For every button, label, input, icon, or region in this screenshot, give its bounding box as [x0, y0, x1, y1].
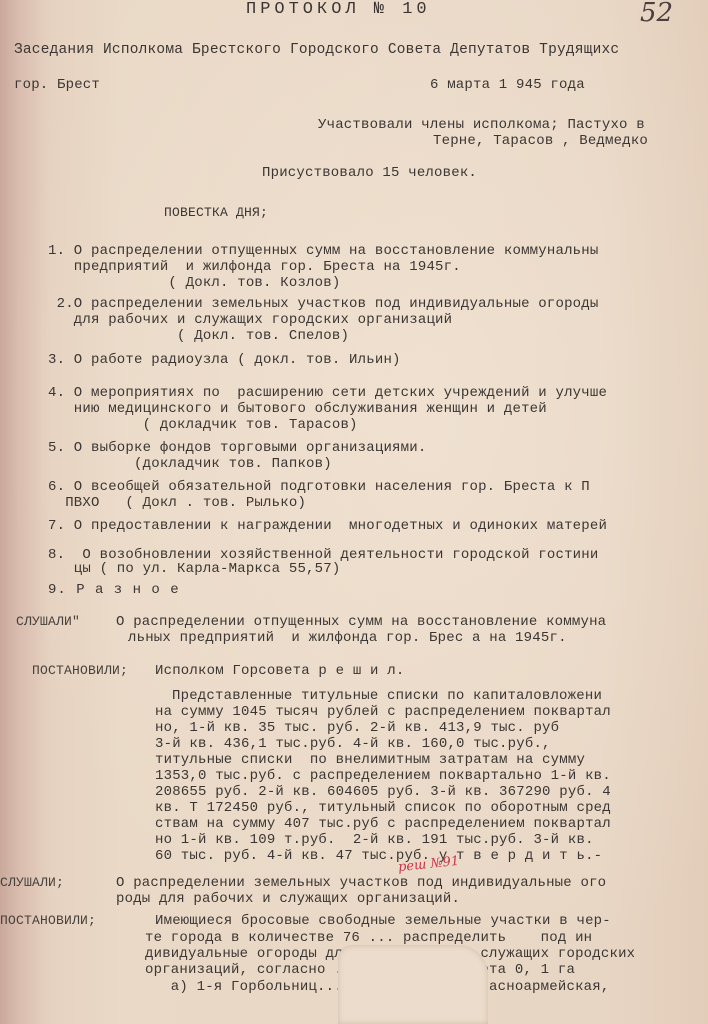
decision-line: кв. Т 172450 руб., титульный список по о…: [155, 800, 611, 816]
heard-text-line2: льных предприятий и жилфонда гор. Брес а…: [128, 630, 567, 646]
torn-paper-patch: [338, 945, 488, 1024]
decision-line: 1353,0 тыс.руб. с распределением покварт…: [155, 768, 611, 784]
resolved-label-2: ПОСТАНОВИЛИ;: [0, 913, 96, 929]
agenda-item-7: 7. О предоставлении к награждении многод…: [48, 518, 607, 534]
document-title: ПРОТОКОЛ № 10: [246, 2, 431, 18]
heard-label: СЛУШАЛИ": [16, 614, 80, 630]
present-count: Присуствовало 15 человек.: [262, 165, 477, 181]
agenda-item-3: 3. О работе радиоузла ( докл. тов. Ильин…: [48, 352, 401, 368]
decision-line: 3-й кв. 436,1 тыс.руб. 4-й кв. 160,0 тыс…: [155, 736, 551, 752]
agenda-item-4-line3: ( докладчик тов. Тарасов): [48, 417, 358, 433]
page-number: 52: [640, 0, 673, 28]
agenda-item-4-line1: 4. О мероприятиях по расширению сети дет…: [48, 385, 607, 401]
heard-label-2: СЛУШАЛИ;: [0, 875, 64, 891]
agenda-item-9: 9. Р а з н о е: [48, 582, 180, 598]
resolved-text: Исполком Горсовета р е ш и л.: [155, 663, 404, 679]
document-page: [0, 0, 708, 1024]
resolved-label: ПОСТАНОВИЛИ;: [32, 663, 128, 679]
decision-line: 60 тыс. руб. 4-й кв. 47 тыс.руб. у т в е…: [155, 848, 602, 864]
decision-line: но 1-й кв. 109 т.руб. 2-й кв. 191 тыс.ру…: [155, 832, 594, 848]
heard-text-line1: О распределении отпущенных сумм на восст…: [116, 614, 606, 630]
heard2-text-line1: О распределении земельных участков под и…: [116, 875, 606, 891]
agenda-item-8-line2: цы ( по ул. Карла-Маркса 55,57): [48, 561, 340, 577]
resolved2-line: те города в количестве 76 ... распредели…: [145, 930, 592, 946]
agenda-item-2-line3: ( Докл. тов. Спелов): [48, 328, 349, 344]
agenda-item-5-line1: 5. О выборке фондов торговыми организаци…: [48, 440, 426, 456]
agenda-item-4-line2: нию медицинского и бытового обслуживания…: [48, 401, 547, 417]
agenda-title: ПОВЕСТКА ДНЯ;: [164, 205, 268, 221]
decision-line: на сумму 1045 тысяч рублей с распределен…: [155, 704, 611, 720]
participants-line1: Участвовали члены исполкома; Пастухо в: [318, 117, 645, 133]
agenda-item-1-line2: предприятий и жилфонда гор. Бреста на 19…: [48, 259, 461, 275]
agenda-item-5-line2: (докладчик тов. Папков): [48, 456, 332, 472]
agenda-item-2-line1: 2.О распределении земельных участков под…: [48, 296, 599, 312]
agenda-item-6-line1: 6. О всеобщей обязательной подготовки на…: [48, 479, 590, 495]
agenda-item-1-line1: 1. О распределении отпущенных сумм на во…: [48, 243, 599, 259]
agenda-item-6-line2: ПВХО ( Докл . тов. Рылько): [48, 495, 306, 511]
resolved2-line: Имеющиеся бросовые свободные земельные у…: [155, 913, 611, 929]
heard2-text-line2: роды для рабочих и служащих организаций.: [116, 891, 460, 907]
decision-line: Представленные титульные списки по капит…: [172, 688, 602, 704]
decision-line: ствам на сумму 407 тыс.руб с распределен…: [155, 816, 611, 832]
decision-line: но, 1-й кв. 35 тыс. руб. 2-й кв. 413,9 т…: [155, 720, 559, 736]
city: гор. Брест: [14, 77, 100, 93]
header-line: Заседания Исполкома Брестского Городског…: [14, 42, 619, 58]
decision-line: титульные списки по внелимитным затратам…: [155, 752, 585, 768]
decision-line: 208655 руб. 2-й кв. 604605 руб. 3-й кв. …: [155, 784, 611, 800]
agenda-item-1-line3: ( Докл. тов. Козлов): [48, 275, 340, 291]
participants-line2: Терне, Тарасов , Ведмедко: [433, 133, 648, 149]
date: 6 марта 1 945 года: [430, 77, 585, 93]
agenda-item-2-line2: для рабочих и служащих городских организ…: [48, 312, 452, 328]
